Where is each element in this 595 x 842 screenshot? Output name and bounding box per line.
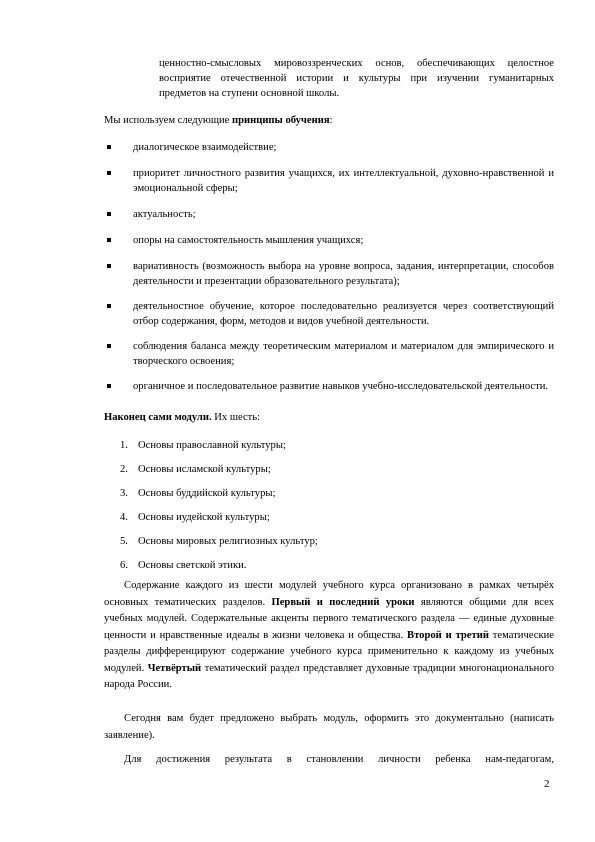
page-number: 2 <box>544 778 550 790</box>
closing-paragraph: Для достижения результата в становлении … <box>104 752 554 767</box>
bullet-icon <box>107 264 111 268</box>
principles-heading-bold: принципы обучения <box>232 115 330 126</box>
intro-line: восприятие отечественной истории и культ… <box>159 71 554 86</box>
principles-heading: Мы используем следующие принципы обучени… <box>104 113 554 128</box>
document-page: ценностно-смысловых мировоззренческих ос… <box>0 0 595 842</box>
modules-heading: Наконец сами модули. Их шесть: <box>104 410 554 425</box>
intro-paragraph: ценностно-смысловых мировоззренческих ос… <box>159 56 554 101</box>
intro-line: ценностно-смысловых мировоззренческих ос… <box>159 56 554 71</box>
today-paragraph: Сегодня вам будет предложено выбрать мод… <box>104 711 554 744</box>
bullet-icon <box>107 171 111 175</box>
intro-line: предметов на ступени основной школы. <box>159 86 554 101</box>
bullet-icon <box>107 384 111 388</box>
bullet-icon <box>107 238 111 242</box>
content-paragraph: Содержание каждого из шести модулей учеб… <box>104 578 554 694</box>
bullet-icon <box>107 145 111 149</box>
bullet-icon <box>107 344 111 348</box>
bullet-icon <box>107 304 111 308</box>
bullet-icon <box>107 212 111 216</box>
